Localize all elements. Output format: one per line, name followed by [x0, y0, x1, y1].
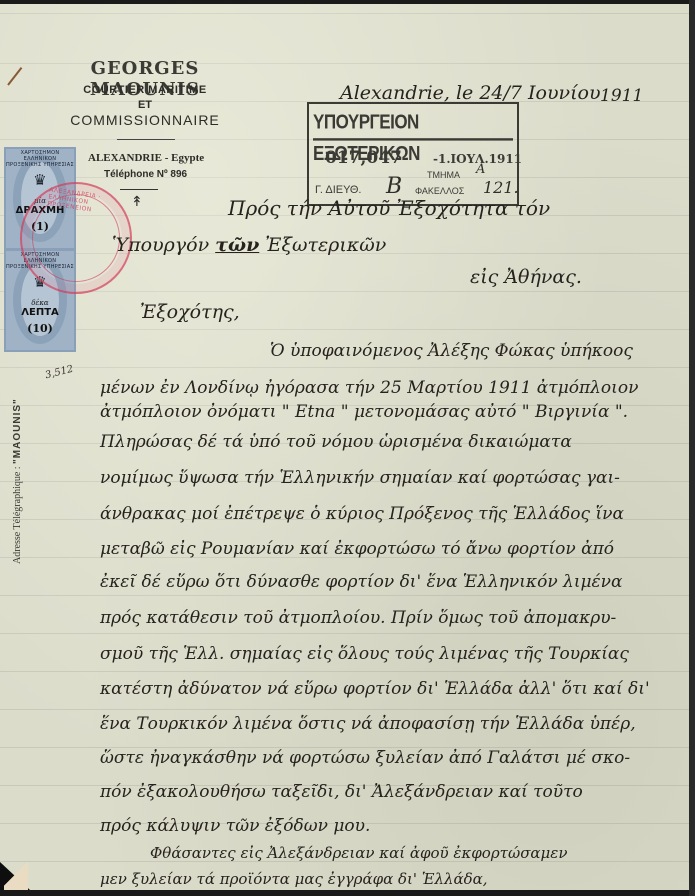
telegraph-address: Adresse Télégraphique : "MAOUNIS" — [12, 398, 23, 564]
telegraph-label: Adresse Télégraphique : — [12, 464, 23, 564]
letterhead-telephone: Téléphone Nº 896 — [104, 169, 187, 180]
stamp-value: (10) — [6, 322, 74, 335]
letter-date-place: Alexandrie, le 24/7 Ιουνίου — [340, 82, 601, 104]
address-line-2-prefix: Ὑπουργόν — [112, 234, 215, 256]
body-line: Ὁ ὑποφαινόμενος Ἀλέξης Φώκας ὑπήκοος — [270, 341, 633, 361]
folder-value: 121. — [483, 178, 519, 197]
margin-note: 3,512 — [44, 364, 74, 382]
letter-paper: GEORGES MAOUNIS COURTIER MARITIME ET COM… — [0, 4, 690, 890]
salutation: Ἐξοχότης, — [140, 301, 240, 323]
body-line: ὥστε ἠναγκάσθην νά φορτώσω ξυλείαν ἀπό Γ… — [100, 748, 630, 768]
body-line: ἕνα Τουρκικόν λιμένα ὅστις νά ἀποφασίσῃ … — [100, 714, 636, 734]
body-line: νομίμως ὕψωσα τήν Ἑλληνικήν σημαίαν καί … — [100, 468, 620, 488]
stamp-word: δέκα — [6, 299, 74, 307]
address-line-2-suffix: Ἐξωτερικῶν — [259, 234, 386, 256]
scan-edge — [689, 0, 695, 896]
letterhead-divider — [117, 139, 175, 140]
body-line: πρός κατάθεσιν τοῦ ἀτμοπλοίου. Πρίν ὅμως… — [100, 608, 616, 628]
ministry-receipt-stamp: ΥΠΟΥΡΓΕΙΟΝ ΕΞΩΤΕΡΙΚΩΝ 017,047 -1.ΙΟΥΛ.19… — [307, 102, 519, 206]
body-line: Φθάσαντες εἰς Ἀλεξάνδρειαν καί ἀφοῦ ἐκφο… — [150, 844, 567, 862]
letterhead-divider-2 — [120, 189, 158, 190]
body-line: κατέστη ἀδύνατον νά εὕρω φορτίον δι' Ἑλλ… — [100, 679, 650, 699]
body-line: μεν ξυλείαν τά προϊόντα μας ἐγγράφα δι' … — [100, 870, 488, 888]
letterhead-profession-2: ET — [34, 99, 256, 111]
section-label: ΤΜΗΜΑ — [427, 170, 460, 180]
letterhead-city: ALEXANDRIE - Egypte — [88, 152, 204, 164]
body-line: ἀτμόπλοιον ὀνόματι " Etna " μετονομάσας … — [100, 402, 628, 422]
letter-date-year: 1911 — [600, 86, 643, 106]
body-line: σμοῦ τῆς Ἑλλ. σημαίας εἰς ὅλους τούς λιμ… — [100, 644, 629, 664]
ornament-icon: ↟ — [131, 194, 143, 210]
letterhead-profession-1: COURTIER MARITIME — [34, 84, 256, 96]
section-value: Α — [476, 162, 485, 177]
letterhead-profession-3: COMMISSIONNAIRE — [34, 112, 256, 128]
address-line-3: εἰς Ἀθήνας. — [470, 266, 582, 288]
stamp-arc-text: ΧΑΡΤΟΣΗΜΟΝ ΕΛΛΗΝΙΚΟΝ ΠΡΟΞΕΝΙΚΗΣ ΥΠΗΡΕΣΙΑ… — [6, 150, 74, 168]
address-line-2-underlined: τῶν — [215, 234, 259, 256]
body-line: άνθρακας μοί ἐπέτρεψε ὁ κύριος Πρόξενος … — [100, 504, 624, 524]
ministry-title: ΥΠΟΥΡΓΕΙΟΝ ΕΞΩΤΕΡΙΚΩΝ — [313, 107, 513, 141]
address-line-1: Πρός τήν Αὐτοῦ Ἐξοχότητα τόν — [228, 196, 550, 220]
stamp-denomination: ΛΕΠΤΑ — [6, 307, 74, 318]
body-line: μεταβῶ εἰς Ρουμανίαν καί ἐκφορτώσω τό ἄν… — [100, 539, 614, 559]
protocol-number: 017,047 — [325, 148, 402, 168]
department-label: Γ. ΔΙΕΥΘ. — [315, 184, 361, 196]
body-line: Πληρώσας δέ τά ὑπό τοῦ νόμου ὡρισμένα δι… — [100, 432, 572, 452]
body-line: μένων ἐν Λονδίνῳ ἠγόρασα τήν 25 Μαρτίου … — [100, 378, 638, 398]
pin-mark — [7, 67, 22, 86]
body-line: πόν ἐξακολουθήσω ταξεῖδι, δι' Ἀλεξάνδρει… — [100, 782, 583, 802]
body-line: πρός κάλυψιν τῶν ἐξόδων μου. — [100, 816, 370, 836]
address-line-2: Ὑπουργόν τῶν Ἐξωτερικῶν — [112, 234, 386, 256]
body-line: ἐκεῖ δέ εὕρω ὅτι δύνασθε φορτίον δι' ἕνα… — [100, 572, 622, 592]
folded-corner-flap — [4, 862, 28, 890]
folder-label: ΦΑΚΕΛΛΟΣ — [415, 186, 464, 196]
telegraph-value: "MAOUNIS" — [12, 398, 23, 464]
